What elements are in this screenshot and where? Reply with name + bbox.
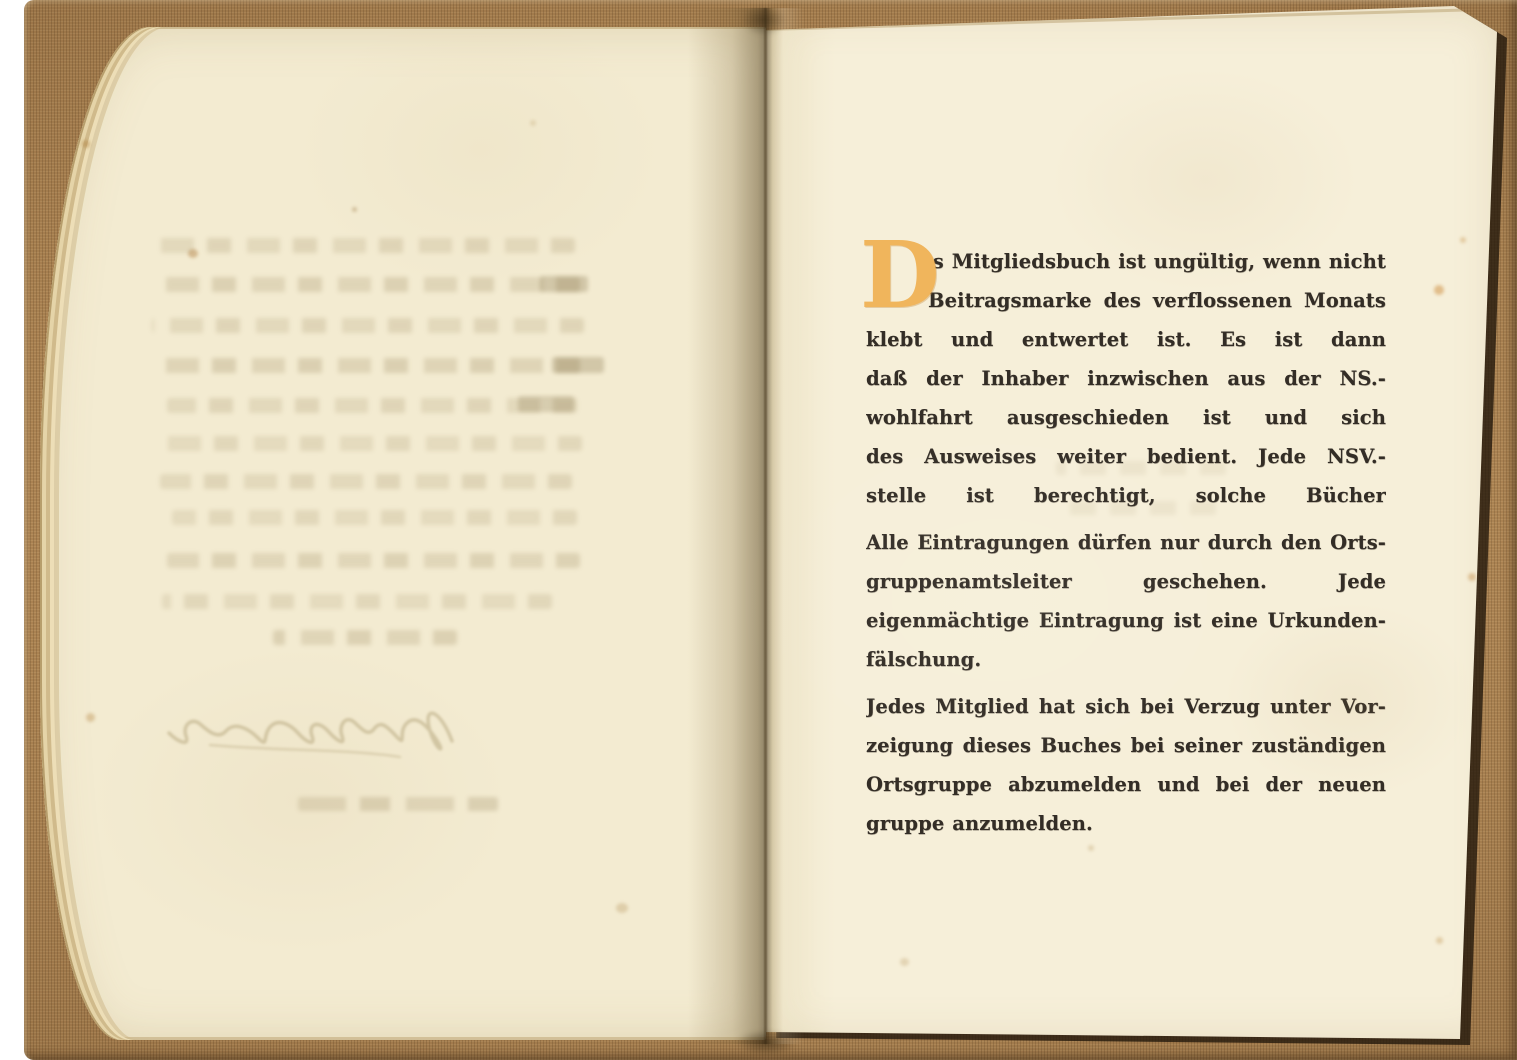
foxing-spot	[1434, 285, 1444, 295]
bleed-through-line	[167, 398, 577, 413]
signature-showthrough	[165, 695, 460, 770]
book-scan: D as Mitgliedsbuch ist ungültig, wenn ni…	[0, 0, 1517, 1060]
text-line: zeigung dieses Buches bei seiner zuständ…	[866, 726, 1386, 765]
right-page-text-block: D as Mitgliedsbuch ist ungültig, wenn ni…	[866, 242, 1386, 851]
gutter-top-notch	[742, 4, 786, 36]
bleed-through-line	[167, 553, 580, 568]
text-line: des Ausweises weiter bedient. Jede NSV.-…	[866, 437, 1386, 476]
foxing-spot	[86, 713, 95, 722]
bleed-through-line	[165, 277, 580, 292]
text-line: wohlfahrt ausgeschieden ist und sich miß…	[866, 398, 1386, 437]
bleed-through-line	[160, 474, 572, 489]
bleed-through-line	[552, 357, 604, 373]
foxing-spot	[188, 249, 198, 258]
foxing-spot	[616, 903, 628, 913]
text-line: Alle Eintragungen dürfen nur durch den O…	[866, 523, 1386, 562]
bleed-through-line	[152, 318, 584, 333]
left-page	[40, 27, 766, 1040]
paragraph: as Mitgliedsbuch ist ungültig, wenn nich…	[866, 242, 1386, 515]
bleed-through-line	[540, 276, 588, 292]
paragraph: Alle Eintragungen dürfen nur durch den O…	[866, 523, 1386, 679]
text-line: gruppe anzumelden.	[866, 804, 1386, 843]
text-line: daß der Inhaber inzwischen aus der NS.-V…	[866, 359, 1386, 398]
text-line: as Mitgliedsbuch ist ungültig, wenn nich…	[866, 242, 1386, 281]
text-line: Beitragsmarke des verflossenen Monats ge…	[866, 281, 1386, 320]
gutter-fold-line	[764, 8, 767, 1044]
date-line-showthrough	[298, 797, 498, 811]
paragraph: Jedes Mitglied hat sich bei Verzug unter…	[866, 687, 1386, 843]
foxing-spot	[1468, 573, 1476, 581]
foxing-spot	[530, 120, 536, 126]
bleed-through-line	[152, 436, 582, 451]
bleed-through-line	[273, 630, 457, 645]
bleed-through-line	[162, 594, 552, 609]
bleed-through-line	[162, 358, 580, 373]
foxing-spot	[82, 140, 90, 148]
text-line: Ortsgruppe abzumelden und bei der neuen …	[866, 765, 1386, 804]
text-line: fälschung.	[866, 640, 1386, 679]
bleed-through-line	[518, 396, 574, 412]
gutter-bottom-smudge	[736, 1030, 796, 1056]
text-line: stelle ist berechtigt, solche Bücher ein…	[866, 476, 1386, 515]
text-line: eigenmächtige Eintragung ist eine Urkund…	[866, 601, 1386, 640]
text-line: gruppenamtsleiter geschehen. Jede selbst…	[866, 562, 1386, 601]
foxing-spot	[352, 207, 357, 212]
foxing-spot	[1436, 937, 1443, 944]
text-line: Jedes Mitglied hat sich bei Verzug unter…	[866, 687, 1386, 726]
bleed-through-line	[155, 238, 575, 253]
foxing-spot	[900, 958, 909, 966]
foxing-spot	[1088, 845, 1094, 851]
text-line: klebt und entwertet ist. Es ist dann anz…	[866, 320, 1386, 359]
foxing-spot	[1460, 237, 1466, 243]
bleed-through-line	[172, 510, 577, 525]
drop-cap-initial: D	[860, 232, 920, 318]
